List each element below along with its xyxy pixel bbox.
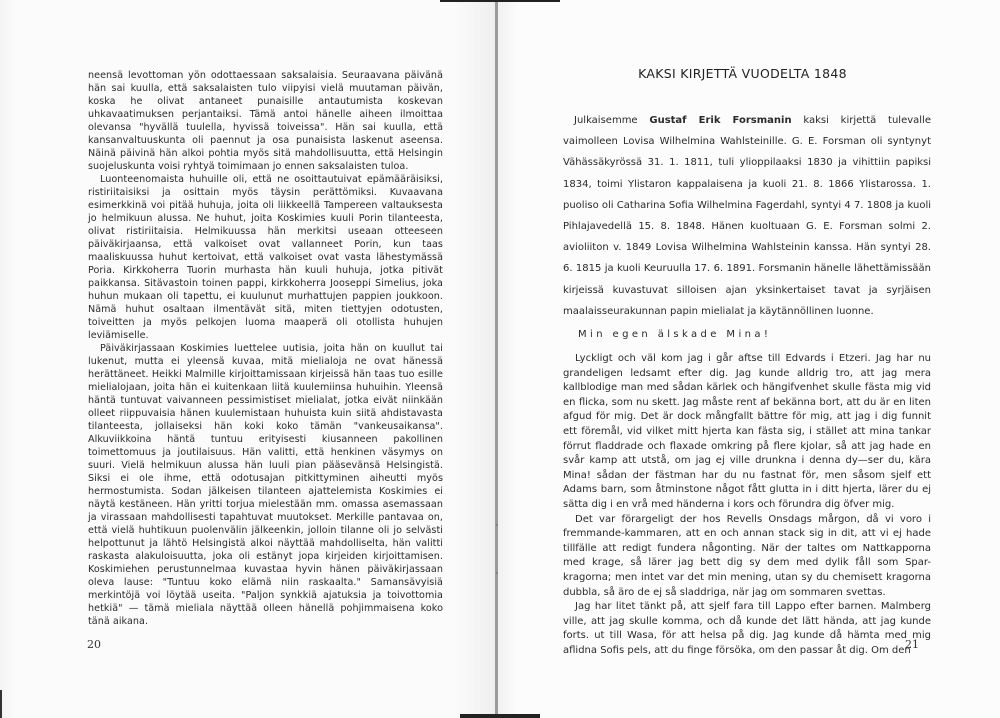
page-number-right: 21 [905, 638, 919, 651]
scan-edge-bottom [460, 714, 540, 718]
left-page-body: neensä levottoman yön odottaessaan saksa… [88, 69, 443, 628]
letter-paragraph: Jag har litet tänkt på, att sjelf fara t… [563, 600, 931, 658]
letter-salutation: Min egen älskade Mina! [578, 329, 878, 340]
letter-paragraph: Det var förargeligt der hos Revells Onsd… [563, 513, 931, 601]
book-gutter [495, 0, 498, 718]
author-name: Gustaf Erik Forsmanin [649, 115, 791, 126]
article-intro: Julkaisemme Gustaf Erik Forsmanin kaksi … [563, 110, 931, 322]
intro-rest: kaksi kirjettä tulevalle vaimolleen Lovi… [563, 115, 931, 317]
scan-edge-top [440, 0, 560, 2]
intro-paragraph: Julkaisemme Gustaf Erik Forsmanin kaksi … [563, 110, 931, 322]
paragraph: neensä levottoman yön odottaessaan saksa… [88, 69, 443, 173]
paragraph: Luonteenomaista huhuille oli, että ne os… [88, 173, 443, 342]
page-number-left: 20 [87, 638, 101, 651]
letter-paragraph: Lyckligt och väl kom jag i går aftse til… [563, 352, 931, 513]
gutter-mark [496, 524, 498, 526]
paragraph: Päiväkirjassaan Koskimies luettelee uuti… [88, 342, 443, 628]
letter-body: Lyckligt och väl kom jag i går aftse til… [563, 352, 931, 658]
gutter-mark [496, 572, 498, 574]
scan-edge-left [0, 690, 2, 718]
intro-lead: Julkaisemme [574, 115, 649, 126]
article-title: KAKSI KIRJETTÄ VUODELTA 1848 [555, 66, 930, 81]
